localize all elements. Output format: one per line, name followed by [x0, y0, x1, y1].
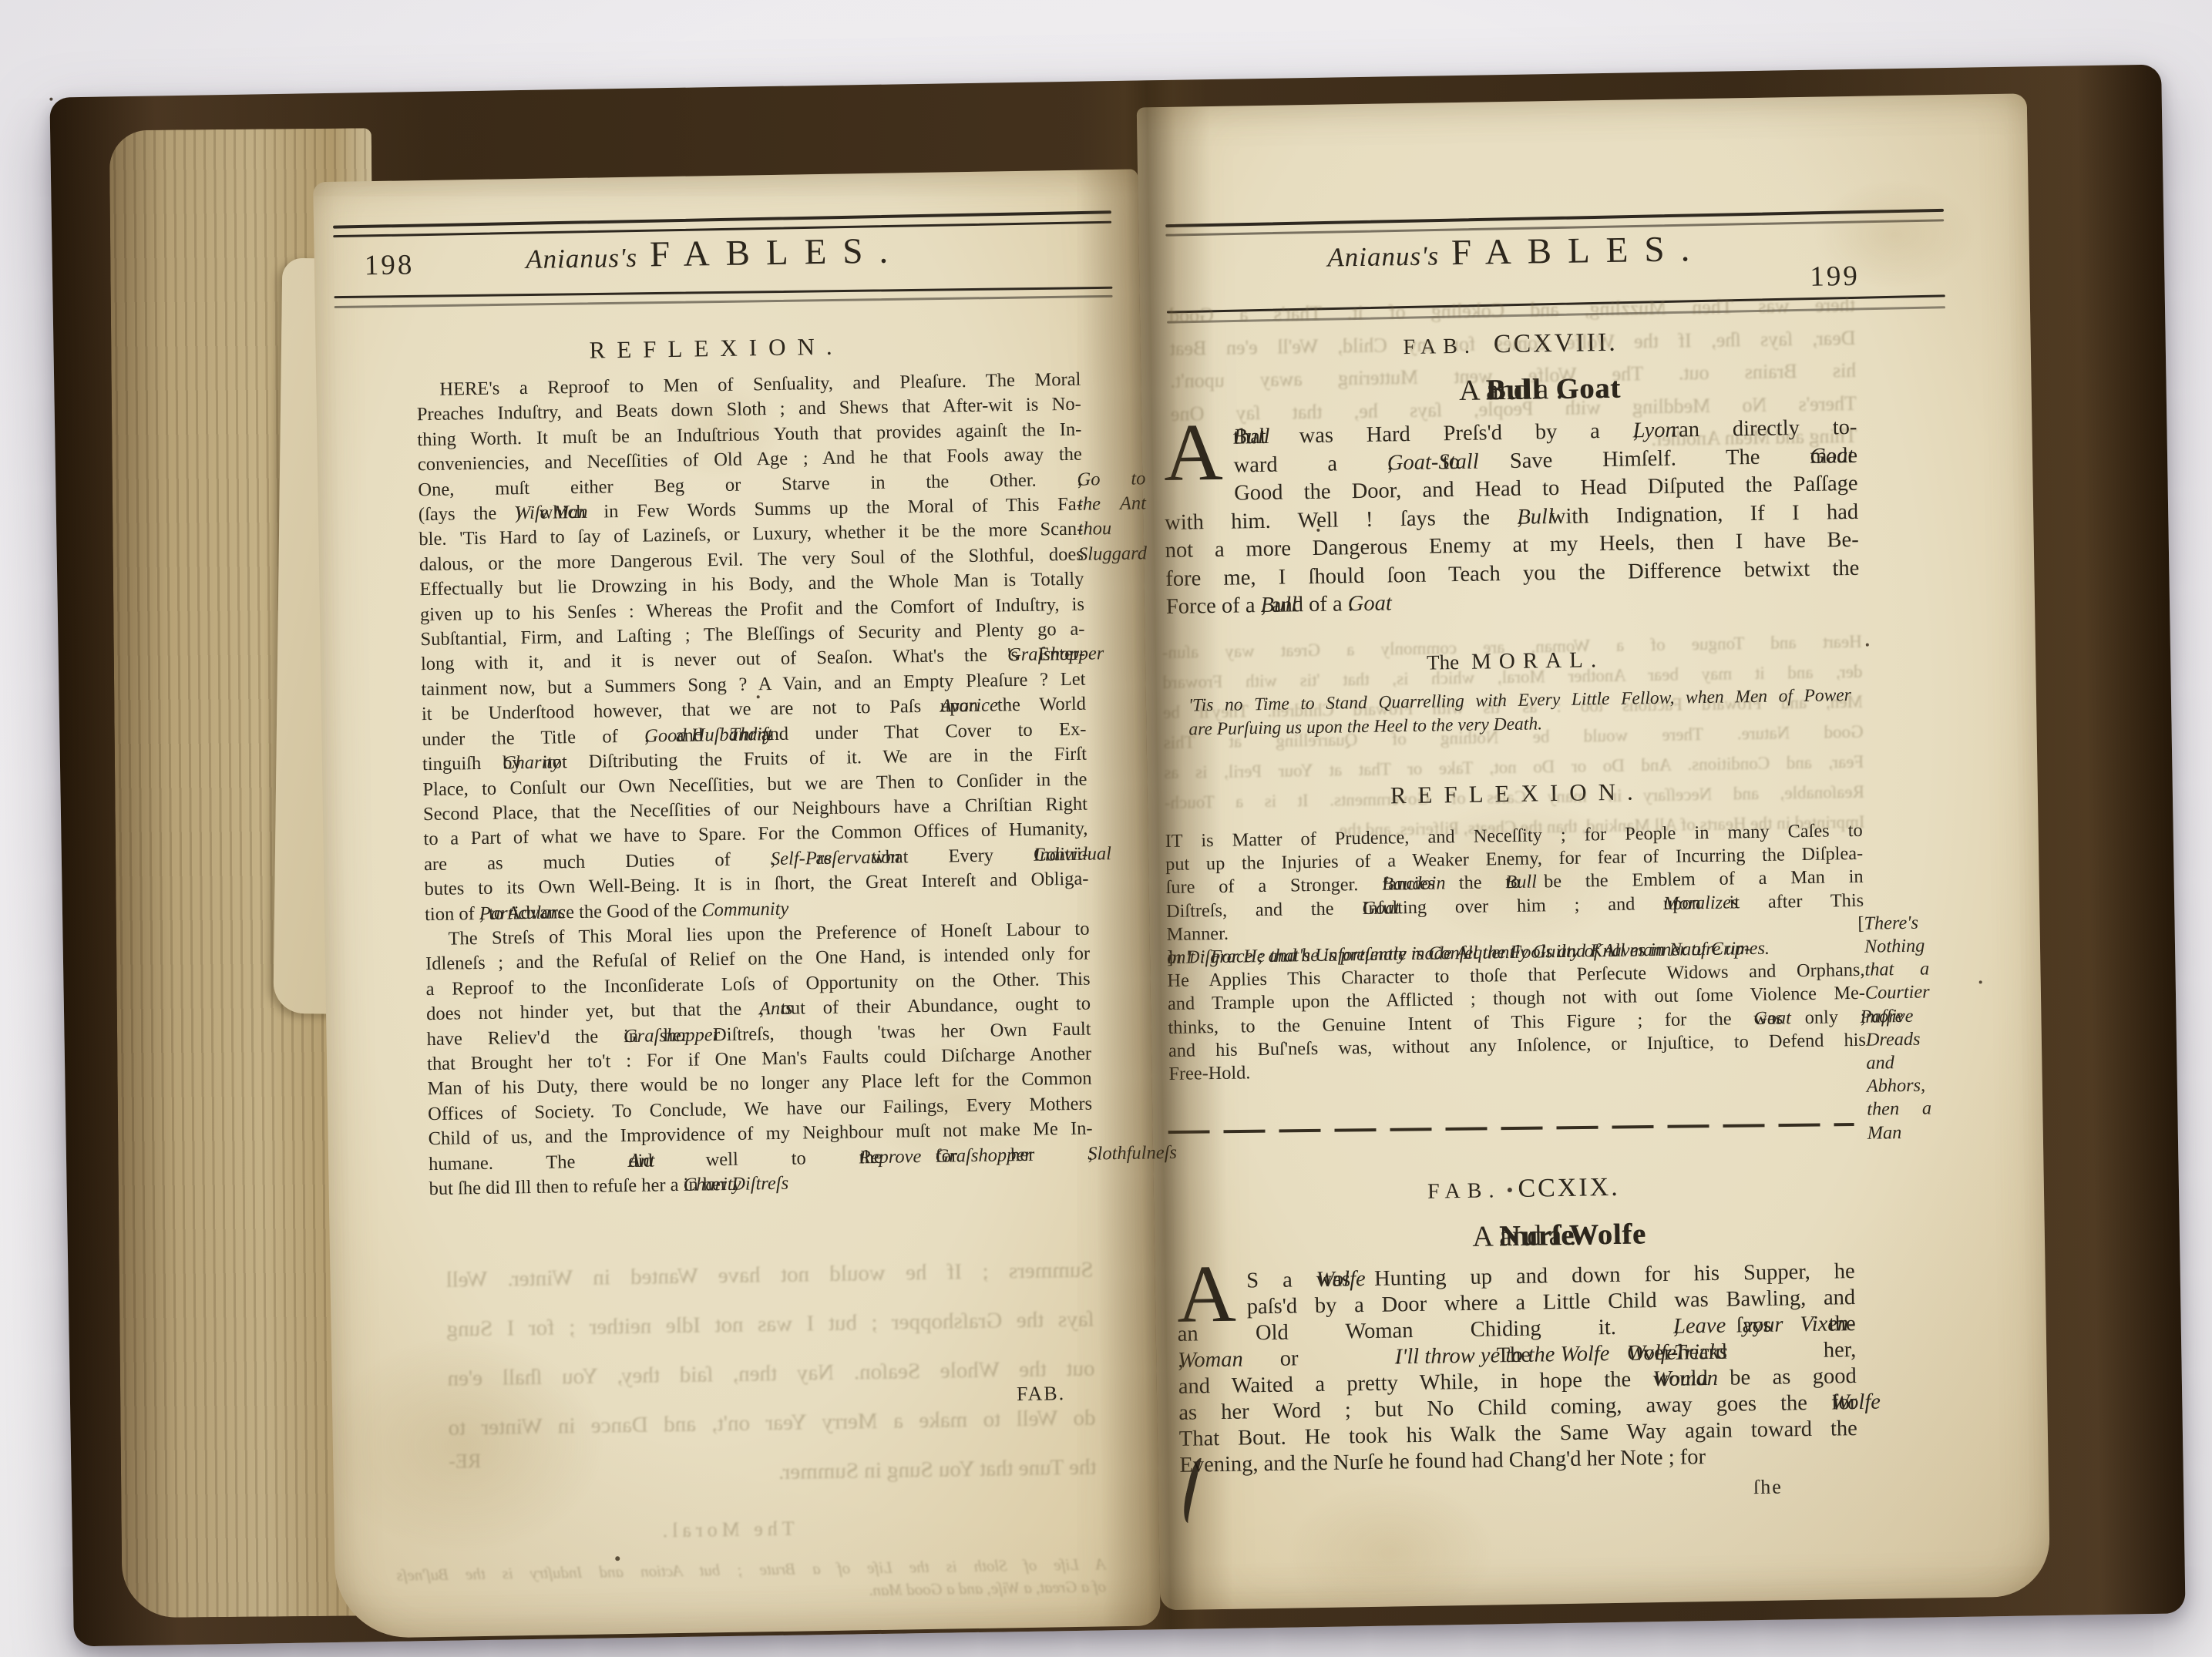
running-head-author: Anianus's [1327, 240, 1439, 272]
header-rule [333, 210, 1111, 228]
header-rule [1165, 209, 1944, 227]
paragraph: The Streſs of This Moral lies upon the P… [425, 917, 1093, 1202]
left-page-body: HERE's a Reproof to Men of Senſuality, a… [416, 368, 1094, 1202]
running-head-title: FABLES. [1451, 229, 1706, 273]
catchword-right: ſhe [1753, 1476, 1783, 1500]
fable-219-text: A S a Wolfe was Hunting up and down for … [1176, 1259, 1857, 1479]
running-head-left: Anianus'sFABLES. [398, 228, 1031, 280]
running-head-author: Anianus's [526, 243, 637, 274]
show-through-text: A Life of Sloth is the Life of a Brute ;… [396, 1553, 1106, 1608]
right-page: Anianus'sFABLES. 199 there was Then Muzz… [1137, 93, 2050, 1610]
reflexion-heading-left: REFLEXION. [400, 330, 1032, 368]
photo-background: 198 Anianus'sFABLES. REFLEXION. HERE's a… [0, 0, 2212, 1657]
fable-219-title: A Nurſe and a Wolfe. [1185, 1214, 1864, 1259]
reflexion-text: IT is Matter of Prudence, and Neceſſity … [1165, 819, 1866, 1086]
fable-number-label: FAB. [1427, 1178, 1501, 1203]
text-line: the Tune that You Sung in Summer. [449, 1443, 1097, 1502]
paragraph: HERE's a Reproof to Men of Senſuality, a… [416, 368, 1089, 927]
left-page: 198 Anianus'sFABLES. REFLEXION. HERE's a… [313, 169, 1161, 1639]
drop-cap: A [1176, 1268, 1247, 1321]
show-through-text: RE- [449, 1450, 481, 1474]
fable-219-number: FAB. CCXIX. [1185, 1169, 1863, 1209]
fable-number-numeral: CCXIX. [1518, 1173, 1620, 1203]
running-head-title: FABLES. [650, 230, 905, 274]
paper-specks [49, 98, 52, 101]
fable-219-lines: S a Wolfe was Hunting up and down for hi… [1176, 1259, 1857, 1479]
fable-218-text: A Bull that was Hard Preſs'd by a Lyon, … [1163, 414, 1860, 622]
drop-cap: A [1163, 424, 1234, 482]
header-rule [334, 295, 1113, 308]
book: 198 Anianus'sFABLES. REFLEXION. HERE's a… [49, 65, 2185, 1647]
section-divider-rule [1168, 1123, 1854, 1134]
fable-218-lines: Bull that was Hard Preſs'd by a Lyon, ra… [1163, 414, 1860, 622]
show-through-text: Summers ; If he would not have Wanted in… [445, 1245, 1097, 1502]
show-through-text: The Moral. [657, 1518, 794, 1543]
